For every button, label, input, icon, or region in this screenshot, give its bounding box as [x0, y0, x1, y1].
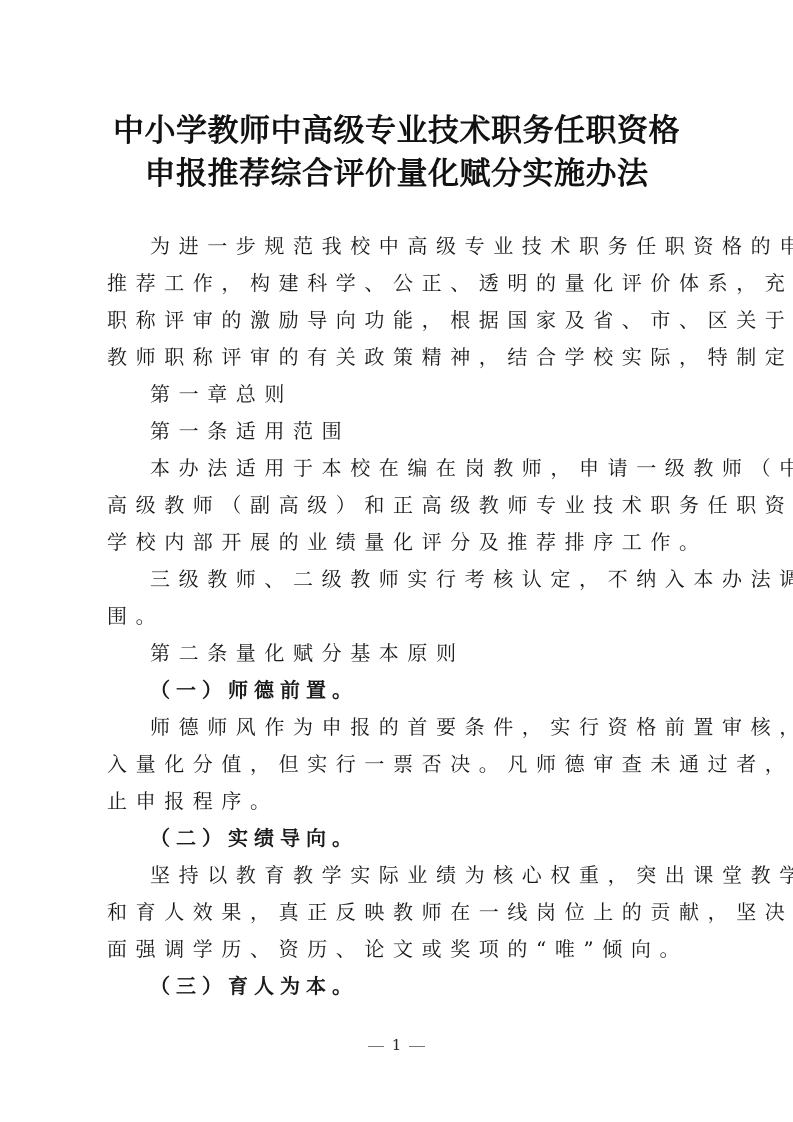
document-body: 为进一步规范我校中高级专业技术职务任职资格的申报与推荐工作，构建科学、公正、透明… — [107, 228, 688, 1005]
body-text-line: 第一章总则 — [107, 376, 688, 413]
body-text-line: 围。 — [107, 598, 688, 635]
body-text-line: 第二条量化赋分基本原则 — [107, 635, 688, 672]
body-text-line: 坚持以教育教学实际业绩为核心权重，突出课堂教学质量 — [107, 857, 688, 894]
body-text-line: 职称评审的激励导向功能，根据国家及省、市、区关于中小学 — [107, 302, 688, 339]
section-subheading: （三）育人为本。 — [107, 968, 688, 1005]
body-text-line: 第一条适用范围 — [107, 413, 688, 450]
body-text-line: 和育人效果，真正反映教师在一线岗位上的贡献，坚决防止片 — [107, 894, 688, 931]
body-text-line: 止申报程序。 — [107, 783, 688, 820]
section-subheading: （一）师德前置。 — [107, 672, 688, 709]
page-number: 1 — [392, 1036, 402, 1054]
document-page: 中小学教师中高级专业技术职务任职资格 申报推荐综合评价量化赋分实施办法 为进一步… — [0, 0, 793, 1122]
body-text-line: 面强调学历、资历、论文或奖项的“唯”倾向。 — [107, 931, 688, 968]
document-title-line-2: 申报推荐综合评价量化赋分实施办法 — [0, 153, 793, 195]
document-title-line-1: 中小学教师中高级专业技术职务任职资格 — [0, 110, 793, 152]
body-text-line: 推荐工作，构建科学、公正、透明的量化评价体系，充分发挥 — [107, 265, 688, 302]
page-number-dash-left — [368, 1046, 384, 1047]
body-text-line: 三级教师、二级教师实行考核认定，不纳入本办法调整范 — [107, 561, 688, 598]
page-number-dash-right — [409, 1046, 425, 1047]
body-text-line: 入量化分值，但实行一票否决。凡师德审查未通过者，直接终 — [107, 746, 688, 783]
body-text-line: 师德师风作为申报的首要条件，实行资格前置审核，不计 — [107, 709, 688, 746]
section-subheading: （二）实绩导向。 — [107, 820, 688, 857]
body-text-line: 为进一步规范我校中高级专业技术职务任职资格的申报与 — [107, 228, 688, 265]
body-text-line: 本办法适用于本校在编在岗教师，申请一级教师（中级）、 — [107, 450, 688, 487]
page-footer: 1 — [0, 1036, 793, 1054]
body-text-line: 教师职称评审的有关政策精神，结合学校实际，特制定本办法。 — [107, 339, 688, 376]
body-text-line: 学校内部开展的业绩量化评分及推荐排序工作。 — [107, 524, 688, 561]
body-text-line: 高级教师（副高级）和正高级教师专业技术职务任职资格时， — [107, 487, 688, 524]
